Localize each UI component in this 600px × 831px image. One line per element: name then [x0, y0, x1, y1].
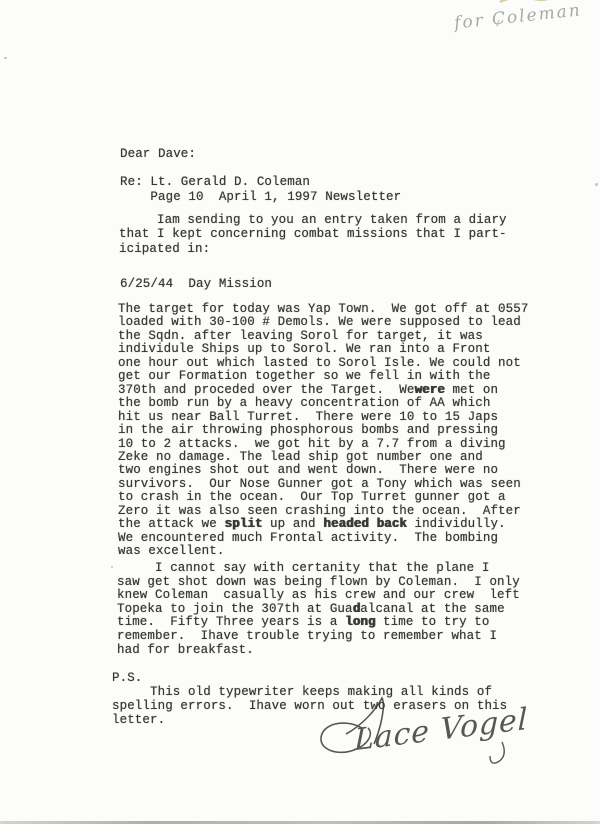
letter-page: for Coleman Dear Dave: Re: Lt. Gerald D.… — [0, 0, 600, 831]
top-right-pencil-note: for Coleman — [438, 0, 600, 36]
mission-paragraph: The target for today was Yap Town. We go… — [118, 303, 528, 559]
scan-speck — [111, 566, 113, 568]
intro-paragraph: Iam sending to you an entry taken from a… — [119, 213, 507, 256]
date-heading: 6/25/44 Day Mission — [120, 277, 272, 291]
faint-pencil-scribble — [500, 0, 548, 2]
reflection-paragraph: I cannot say with certanity that the pla… — [117, 562, 520, 657]
re-block: Re: Lt. Gerald D. Coleman Page 10 April … — [120, 175, 401, 205]
greeting-line: Dear Dave: — [120, 147, 196, 161]
scan-speck — [595, 183, 598, 186]
signature: Lace Vogel — [316, 690, 526, 770]
scan-background — [0, 824, 600, 831]
scan-speck — [4, 57, 7, 59]
signature-text: Lace Vogel — [353, 702, 526, 759]
pencil-note-text: for Coleman — [451, 0, 582, 33]
